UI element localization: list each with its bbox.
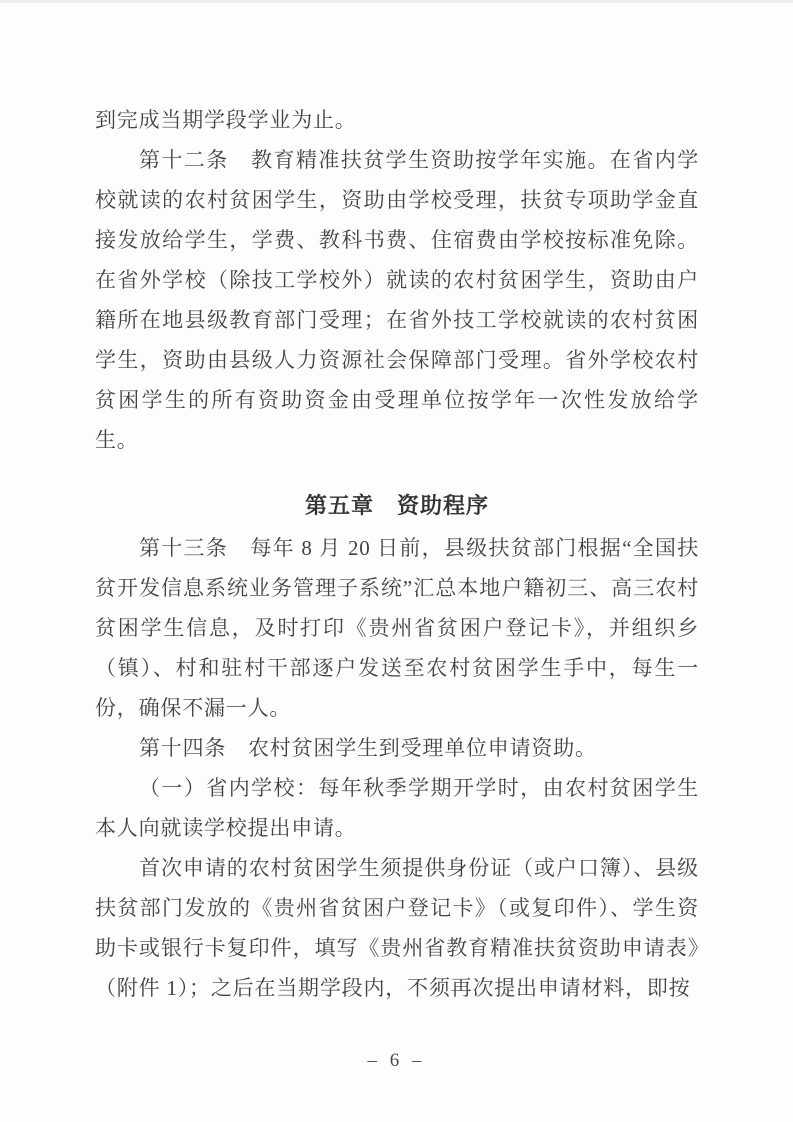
page-content: 到完成当期学段学业为止。 第十二条 教育精准扶贫学生资助按学年实施。在省内学校就… — [95, 100, 699, 1008]
scan-edge-artifact — [0, 0, 793, 3]
document-page: 到完成当期学段学业为止。 第十二条 教育精准扶贫学生资助按学年实施。在省内学校就… — [0, 0, 793, 1122]
body-paragraph-article-14: 第十四条 农村贫困学生到受理单位申请资助。 — [95, 728, 699, 768]
chapter-heading: 第五章 资助程序 — [95, 486, 699, 526]
body-paragraph-first-application: 首次申请的农村贫困学生须提供身份证（或户口簿）、县级扶贫部门发放的《贵州省贫困户… — [95, 848, 699, 1008]
body-paragraph-item-1: （一）省内学校：每年秋季学期开学时，由农村贫困学生本人向就读学校提出申请。 — [95, 768, 699, 848]
page-number: – 6 – — [0, 1050, 793, 1072]
body-paragraph-article-13: 第十三条 每年 8 月 20 日前，县级扶贫部门根据“全国扶贫开发信息系统业务管… — [95, 528, 699, 728]
body-paragraph-continuation: 到完成当期学段学业为止。 — [95, 100, 699, 140]
body-paragraph-article-12: 第十二条 教育精准扶贫学生资助按学年实施。在省内学校就读的农村贫困学生，资助由学… — [95, 140, 699, 460]
